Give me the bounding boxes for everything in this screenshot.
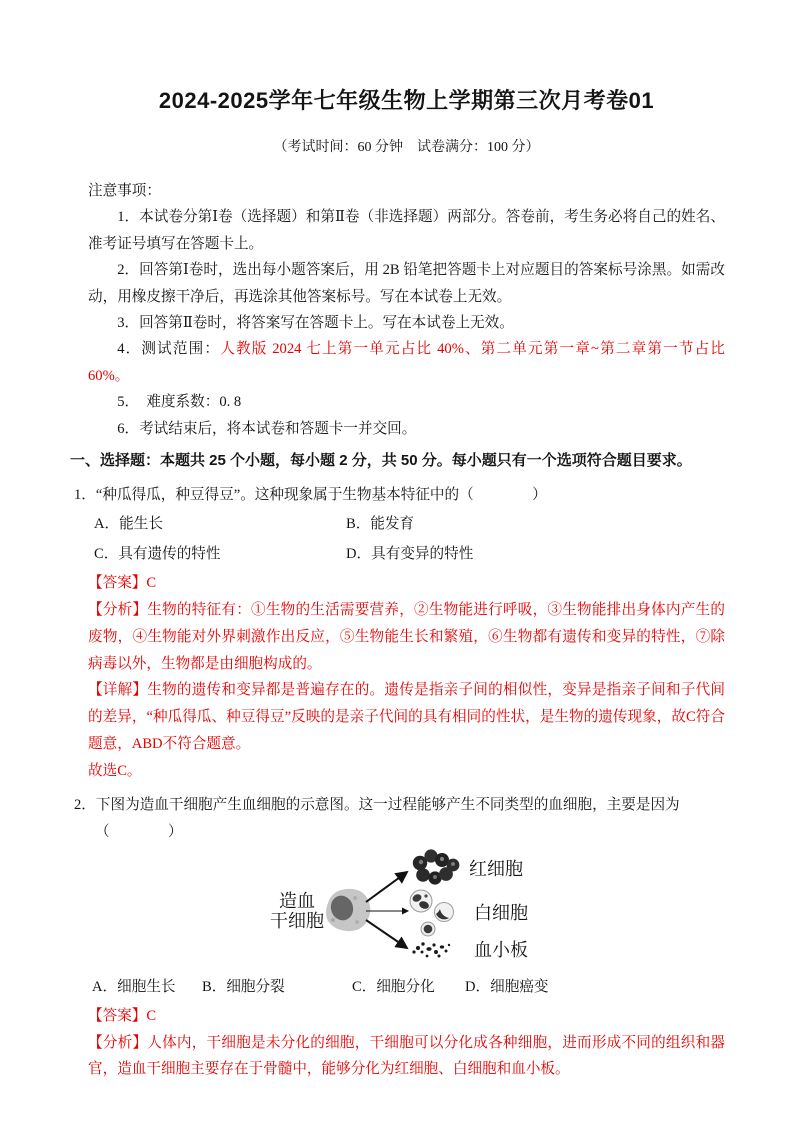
red-cells-label: 红细胞 xyxy=(469,859,523,879)
q2-option-d: D．细胞癌变 xyxy=(465,972,549,1002)
q2-stem: 2．下图为造血干细胞产生血细胞的示意图。这一过程能够产生不同类型的血细胞，主要是… xyxy=(74,791,725,819)
section-1-heading: 一、选择题：本题共 25 个小题，每小题 2 分，共 50 分。每小题只有一个选… xyxy=(70,447,725,475)
q1-options-row-1: A．能生长 B．能发育 xyxy=(94,509,725,539)
q2-options-row: A．细胞生长 B．细胞分裂 C．细胞分化 D．细胞癌变 xyxy=(92,972,725,1002)
stem-cell-label-line1: 造血 xyxy=(279,891,315,911)
q2-analysis: 【分析】人体内，干细胞是未分化的细胞，干细胞可以分化成各种细胞，进而形成不同的组… xyxy=(88,1030,725,1084)
q2-option-a: A．细胞生长 xyxy=(92,972,202,1002)
q1-option-b: B．能发育 xyxy=(346,509,414,539)
arrow-to-red-cells-icon xyxy=(366,872,407,902)
notice-item-4: 4．测试范围：人教版 2024 七上第一单元占比 40%、第二单元第一章~第二章… xyxy=(88,336,725,389)
question-2: 2．下图为造血干细胞产生血细胞的示意图。这一过程能够产生不同类型的血细胞，主要是… xyxy=(88,791,725,1084)
red-blood-cells-icon xyxy=(413,849,460,884)
notice-item-1: 1．本试卷分第Ⅰ卷（选择题）和第Ⅱ卷（非选择题）两部分。答卷前，考生务必将自己的… xyxy=(88,204,725,257)
notice-item-2: 2．回答第Ⅰ卷时，选出每小题答案后，用 2B 铅笔把答题卡上对应题目的答案标号涂… xyxy=(88,257,725,310)
exam-paper-page: 2024-2025学年七年级生物上学期第三次月考卷01 （考试时间：60 分钟 … xyxy=(0,0,793,1122)
q1-stem: 1．“种瓜得瓜，种豆得豆”。这种现象属于生物基本特征中的（ ） xyxy=(74,481,725,509)
platelets-label: 血小板 xyxy=(474,940,528,960)
q1-answer: 【答案】C xyxy=(88,569,725,597)
stem-cell-icon xyxy=(326,889,370,931)
notice-heading: 注意事项： xyxy=(88,178,725,204)
stem-cell-label-line2: 干细胞 xyxy=(270,911,324,931)
arrow-to-platelets-icon xyxy=(366,920,407,948)
q2-option-b: B．细胞分裂 xyxy=(202,972,352,1002)
hematopoietic-stem-cell-diagram: 造血 干细胞 xyxy=(265,848,725,968)
q2-stem-paren: （ ） xyxy=(95,819,725,845)
blood-cell-differentiation-illustration: 造血 干细胞 xyxy=(265,848,545,963)
q1-option-a: A．能生长 xyxy=(94,509,346,539)
q1-option-d: D．具有变异的特性 xyxy=(346,539,473,569)
white-cells-label: 白细胞 xyxy=(474,903,528,923)
q1-analysis: 【分析】生物的特征有：①生物的生活需要营养，②生物能进行呼吸，③生物能排出身体内… xyxy=(88,597,725,677)
q2-answer: 【答案】C xyxy=(88,1002,725,1030)
page-title: 2024-2025学年七年级生物上学期第三次月考卷01 xyxy=(78,86,735,116)
q1-option-c: C．具有遗传的特性 xyxy=(94,539,346,569)
notice-item-4-prefix: 4．测试范围： xyxy=(117,341,220,357)
q1-detail: 【详解】生物的遗传和变异都是普遍存在的。遗传是指亲子间的相似性，变异是指亲子间和… xyxy=(88,677,725,757)
q1-options-row-2: C．具有遗传的特性 D．具有变异的特性 xyxy=(94,539,725,569)
exam-meta-line: （考试时间：60 分钟 试卷满分：100 分） xyxy=(88,138,725,158)
notice-item-6: 6．考试结束后，将本试卷和答题卡一并交回。 xyxy=(88,416,725,442)
q1-conclusion: 故选C。 xyxy=(88,758,725,785)
notice-item-3: 3．回答第Ⅱ卷时，将答案写在答题卡上。写在本试卷上无效。 xyxy=(88,310,725,336)
q2-option-c: C．细胞分化 xyxy=(352,972,465,1002)
notice-item-5: 5． 难度系数：0. 8 xyxy=(88,389,725,415)
white-blood-cells-icon xyxy=(410,890,454,936)
platelets-icon xyxy=(412,942,450,957)
question-1: 1．“种瓜得瓜，种豆得豆”。这种现象属于生物基本特征中的（ ） A．能生长 B．… xyxy=(88,481,725,785)
